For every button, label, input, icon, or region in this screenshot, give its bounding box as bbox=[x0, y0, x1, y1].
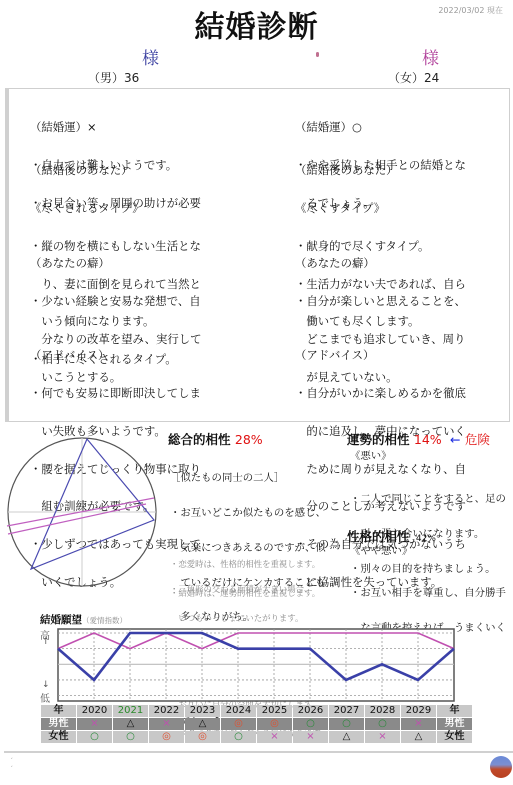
fortune-symbol: ◎ bbox=[257, 718, 292, 730]
fortune-symbol: × bbox=[401, 718, 436, 730]
year-cell: 2029 bbox=[401, 705, 436, 717]
desire-chart-title: 結婚願望（愛情指数） bbox=[40, 612, 127, 627]
up-arrow-icon: ↑ bbox=[42, 637, 50, 647]
fortune-symbol: △ bbox=[113, 718, 148, 730]
danger-label: 危険 bbox=[465, 432, 490, 447]
fortune-symbol: ○ bbox=[77, 731, 112, 743]
male-column: （結婚運）× ・自力では難しいようです。 ・お見合い等、周囲の助けが必要 （結婚… bbox=[30, 96, 37, 159]
fortune-symbol: × bbox=[365, 731, 400, 743]
brand-logo bbox=[490, 756, 512, 778]
year-cell: 2023 bbox=[185, 705, 220, 717]
year-cell: 2024 bbox=[221, 705, 256, 717]
fortune-symbol: ◎ bbox=[185, 731, 220, 743]
year-cell: 2022 bbox=[149, 705, 184, 717]
fortune-symbol: ○ bbox=[113, 731, 148, 743]
male-triangle bbox=[31, 439, 154, 569]
down-arrow-icon: ↓ bbox=[42, 680, 50, 690]
overall-compatibility-value: 28% bbox=[235, 432, 263, 447]
year-cell: 2025 bbox=[257, 705, 292, 717]
personality-compatibility-value: 42% bbox=[416, 534, 436, 544]
female-label: 女性 bbox=[437, 731, 472, 743]
year-header-row: 年202020212022202320242025202620272028202… bbox=[41, 705, 472, 717]
fortune-symbol: ○ bbox=[293, 718, 328, 730]
male-age: （男）36 bbox=[88, 69, 139, 86]
fortune-symbol: × bbox=[293, 731, 328, 743]
arrow-left-icon: ← bbox=[450, 432, 460, 447]
fortune-symbol: △ bbox=[329, 731, 364, 743]
personality-rating: 《やや悪い》 bbox=[350, 546, 412, 558]
year-cell: 2020 bbox=[77, 705, 112, 717]
fortune-compatibility-value: 14% bbox=[414, 432, 442, 447]
fortune-rating: 《悪い》 bbox=[350, 451, 392, 463]
decorative-mark bbox=[316, 52, 319, 57]
fortune-symbol: × bbox=[77, 718, 112, 730]
compatibility-circle-diagram bbox=[4, 434, 160, 590]
page-title: 結婚診断 bbox=[0, 2, 513, 46]
year-cell: 2021 bbox=[113, 705, 148, 717]
year-cell: 2028 bbox=[365, 705, 400, 717]
male-label: 男性 bbox=[437, 718, 472, 730]
year-cell: 2026 bbox=[293, 705, 328, 717]
female-column: （結婚運）○ ・やや妥協した相手との結婚とな るでしょう。 （結婚後のあなた） … bbox=[295, 96, 302, 159]
footer-marks: ˊˊ bbox=[10, 758, 13, 774]
overall-compatibility-heading: 総合的相性 28% bbox=[168, 430, 263, 448]
fortune-symbol: △ bbox=[401, 731, 436, 743]
fortune-symbol: ◎ bbox=[221, 718, 256, 730]
female-label: 女性 bbox=[41, 731, 76, 743]
fortune-symbol: ◎ bbox=[149, 731, 184, 743]
fortune-symbol: ○ bbox=[221, 731, 256, 743]
low-label: 低 bbox=[40, 690, 50, 705]
male-label: 男性 bbox=[41, 718, 76, 730]
personality-compatibility-heading: 性格的相性 42% bbox=[347, 527, 436, 545]
report-date: 2022/03/02 現在 bbox=[438, 5, 503, 16]
male-fortune-row: 男性×△×△◎◎○○○×男性 bbox=[41, 718, 472, 730]
fortune-compatibility-heading: 運勢的相性 14% ← 危険 bbox=[347, 430, 490, 448]
fortune-symbol: × bbox=[149, 718, 184, 730]
female-honorific: 様 bbox=[422, 44, 439, 69]
male-honorific: 様 bbox=[142, 44, 159, 69]
fortune-symbol: × bbox=[257, 731, 292, 743]
footer-divider bbox=[4, 751, 513, 753]
year-label: 年 bbox=[41, 705, 76, 717]
fortune-symbol: ○ bbox=[329, 718, 364, 730]
year-label: 年 bbox=[437, 705, 472, 717]
fortune-symbol: △ bbox=[185, 718, 220, 730]
year-cell: 2027 bbox=[329, 705, 364, 717]
female-age: （女）24 bbox=[388, 69, 439, 86]
marriage-desire-line-chart bbox=[56, 628, 456, 702]
female-fortune-row: 女性○○◎◎○××△×△女性 bbox=[41, 731, 472, 743]
yearly-fortune-table: 年202020212022202320242025202620272028202… bbox=[40, 704, 473, 744]
fortune-symbol: ○ bbox=[365, 718, 400, 730]
